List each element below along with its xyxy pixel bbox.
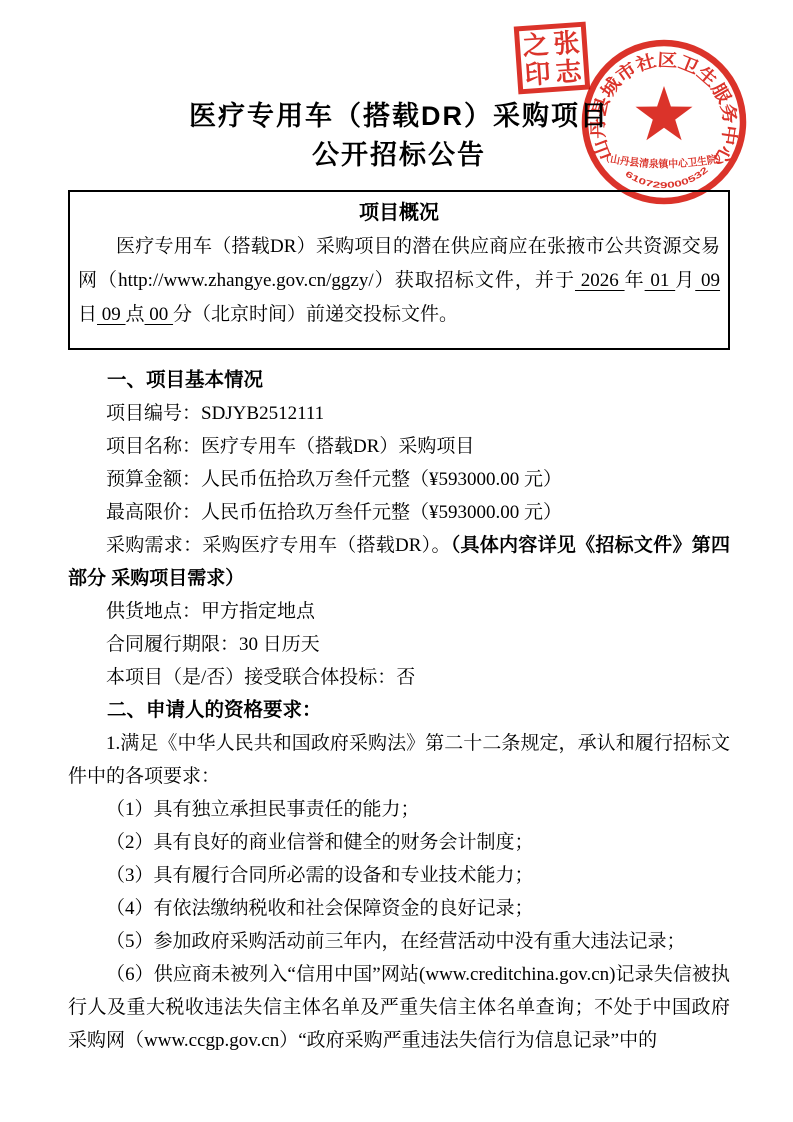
star-icon — [636, 86, 693, 140]
overview-paragraph: 医疗专用车（搭载DR）采购项目的潜在供应商应在张掖市公共资源交易网（http:/… — [78, 230, 720, 332]
qualification-item-2: （2）具有良好的商业信誉和健全的财务会计制度； — [68, 826, 730, 859]
deadline-hour: 09 — [97, 304, 126, 325]
seal-char-bottom-left: 印 — [521, 58, 554, 89]
deadline-year-unit: 年 — [625, 270, 645, 291]
demand-paragraph: 采购需求：采购医疗专用车（搭载DR）。（具体内容详见《招标文件》第四部分 采购项… — [68, 529, 730, 595]
qualification-item-6: （6）供应商未被列入“信用中国”网站(www.creditchina.gov.c… — [68, 958, 730, 1057]
section1-heading: 一、项目基本情况 — [68, 364, 730, 397]
svg-text:（山丹县清泉镇中心卫生院）: （山丹县清泉镇中心卫生院） — [599, 150, 727, 170]
contract-term-line: 合同履行期限：30 日历天 — [68, 628, 730, 661]
deadline-hour-unit: 点 — [126, 304, 145, 325]
deadline-month: 01 — [645, 270, 676, 291]
project-overview-box: 项目概况 医疗专用车（搭载DR）采购项目的潜在供应商应在张掖市公共资源交易网（h… — [68, 190, 730, 350]
deadline-day-unit: 日 — [78, 304, 97, 325]
qualification-item-3: （3）具有履行合同所必需的设备和专业技术能力； — [68, 859, 730, 892]
deadline-minute: 00 — [145, 304, 174, 325]
project-code-line: 项目编号：SDJYB2512111 — [68, 397, 730, 430]
qualification-intro: 1.满足《中华人民共和国政府采购法》第二十二条规定，承认和履行招标文件中的各项要… — [68, 727, 730, 793]
deadline-day: 09 — [695, 270, 720, 291]
deadline-minute-unit: 分 — [173, 304, 192, 325]
qualification-item-1: （1）具有独立承担民事责任的能力； — [68, 793, 730, 826]
seal-inner-text: （山丹县清泉镇中心卫生院） — [599, 150, 727, 170]
deadline-month-unit: 月 — [675, 270, 695, 291]
qualification-item-4: （4）有依法缴纳税收和社会保障资金的良好记录； — [68, 892, 730, 925]
section2-heading: 二、申请人的资格要求： — [68, 694, 730, 727]
joint-bid-line: 本项目（是/否）接受联合体投标：否 — [68, 661, 730, 694]
delivery-place-line: 供货地点：甲方指定地点 — [68, 595, 730, 628]
price-cap-line: 最高限价：人民币伍拾玖万叁仟元整（¥593000.00 元） — [68, 496, 730, 529]
budget-line: 预算金额：人民币伍拾玖万叁仟元整（¥593000.00 元） — [68, 463, 730, 496]
seal-char-top-left: 之 — [519, 29, 552, 60]
document-page: 医疗专用车（搭载DR）采购项目 公开招标公告 项目概况 医疗专用车（搭载DR）采… — [0, 0, 793, 1122]
project-name-line: 项目名称：医疗专用车（搭载DR）采购项目 — [68, 430, 730, 463]
official-round-seal: 山丹县城市社区卫生服务中心 （山丹县清泉镇中心卫生院） 610729000532… — [578, 36, 750, 208]
demand-text: 采购需求：采购医疗专用车（搭载DR）。 — [106, 535, 451, 556]
deadline-year: 2026 — [575, 270, 625, 291]
qualification-item-5: （5）参加政府采购活动前三年内，在经营活动中没有重大违法记录； — [68, 925, 730, 958]
overview-tail: （北京时间）前递交投标文件。 — [192, 304, 458, 325]
